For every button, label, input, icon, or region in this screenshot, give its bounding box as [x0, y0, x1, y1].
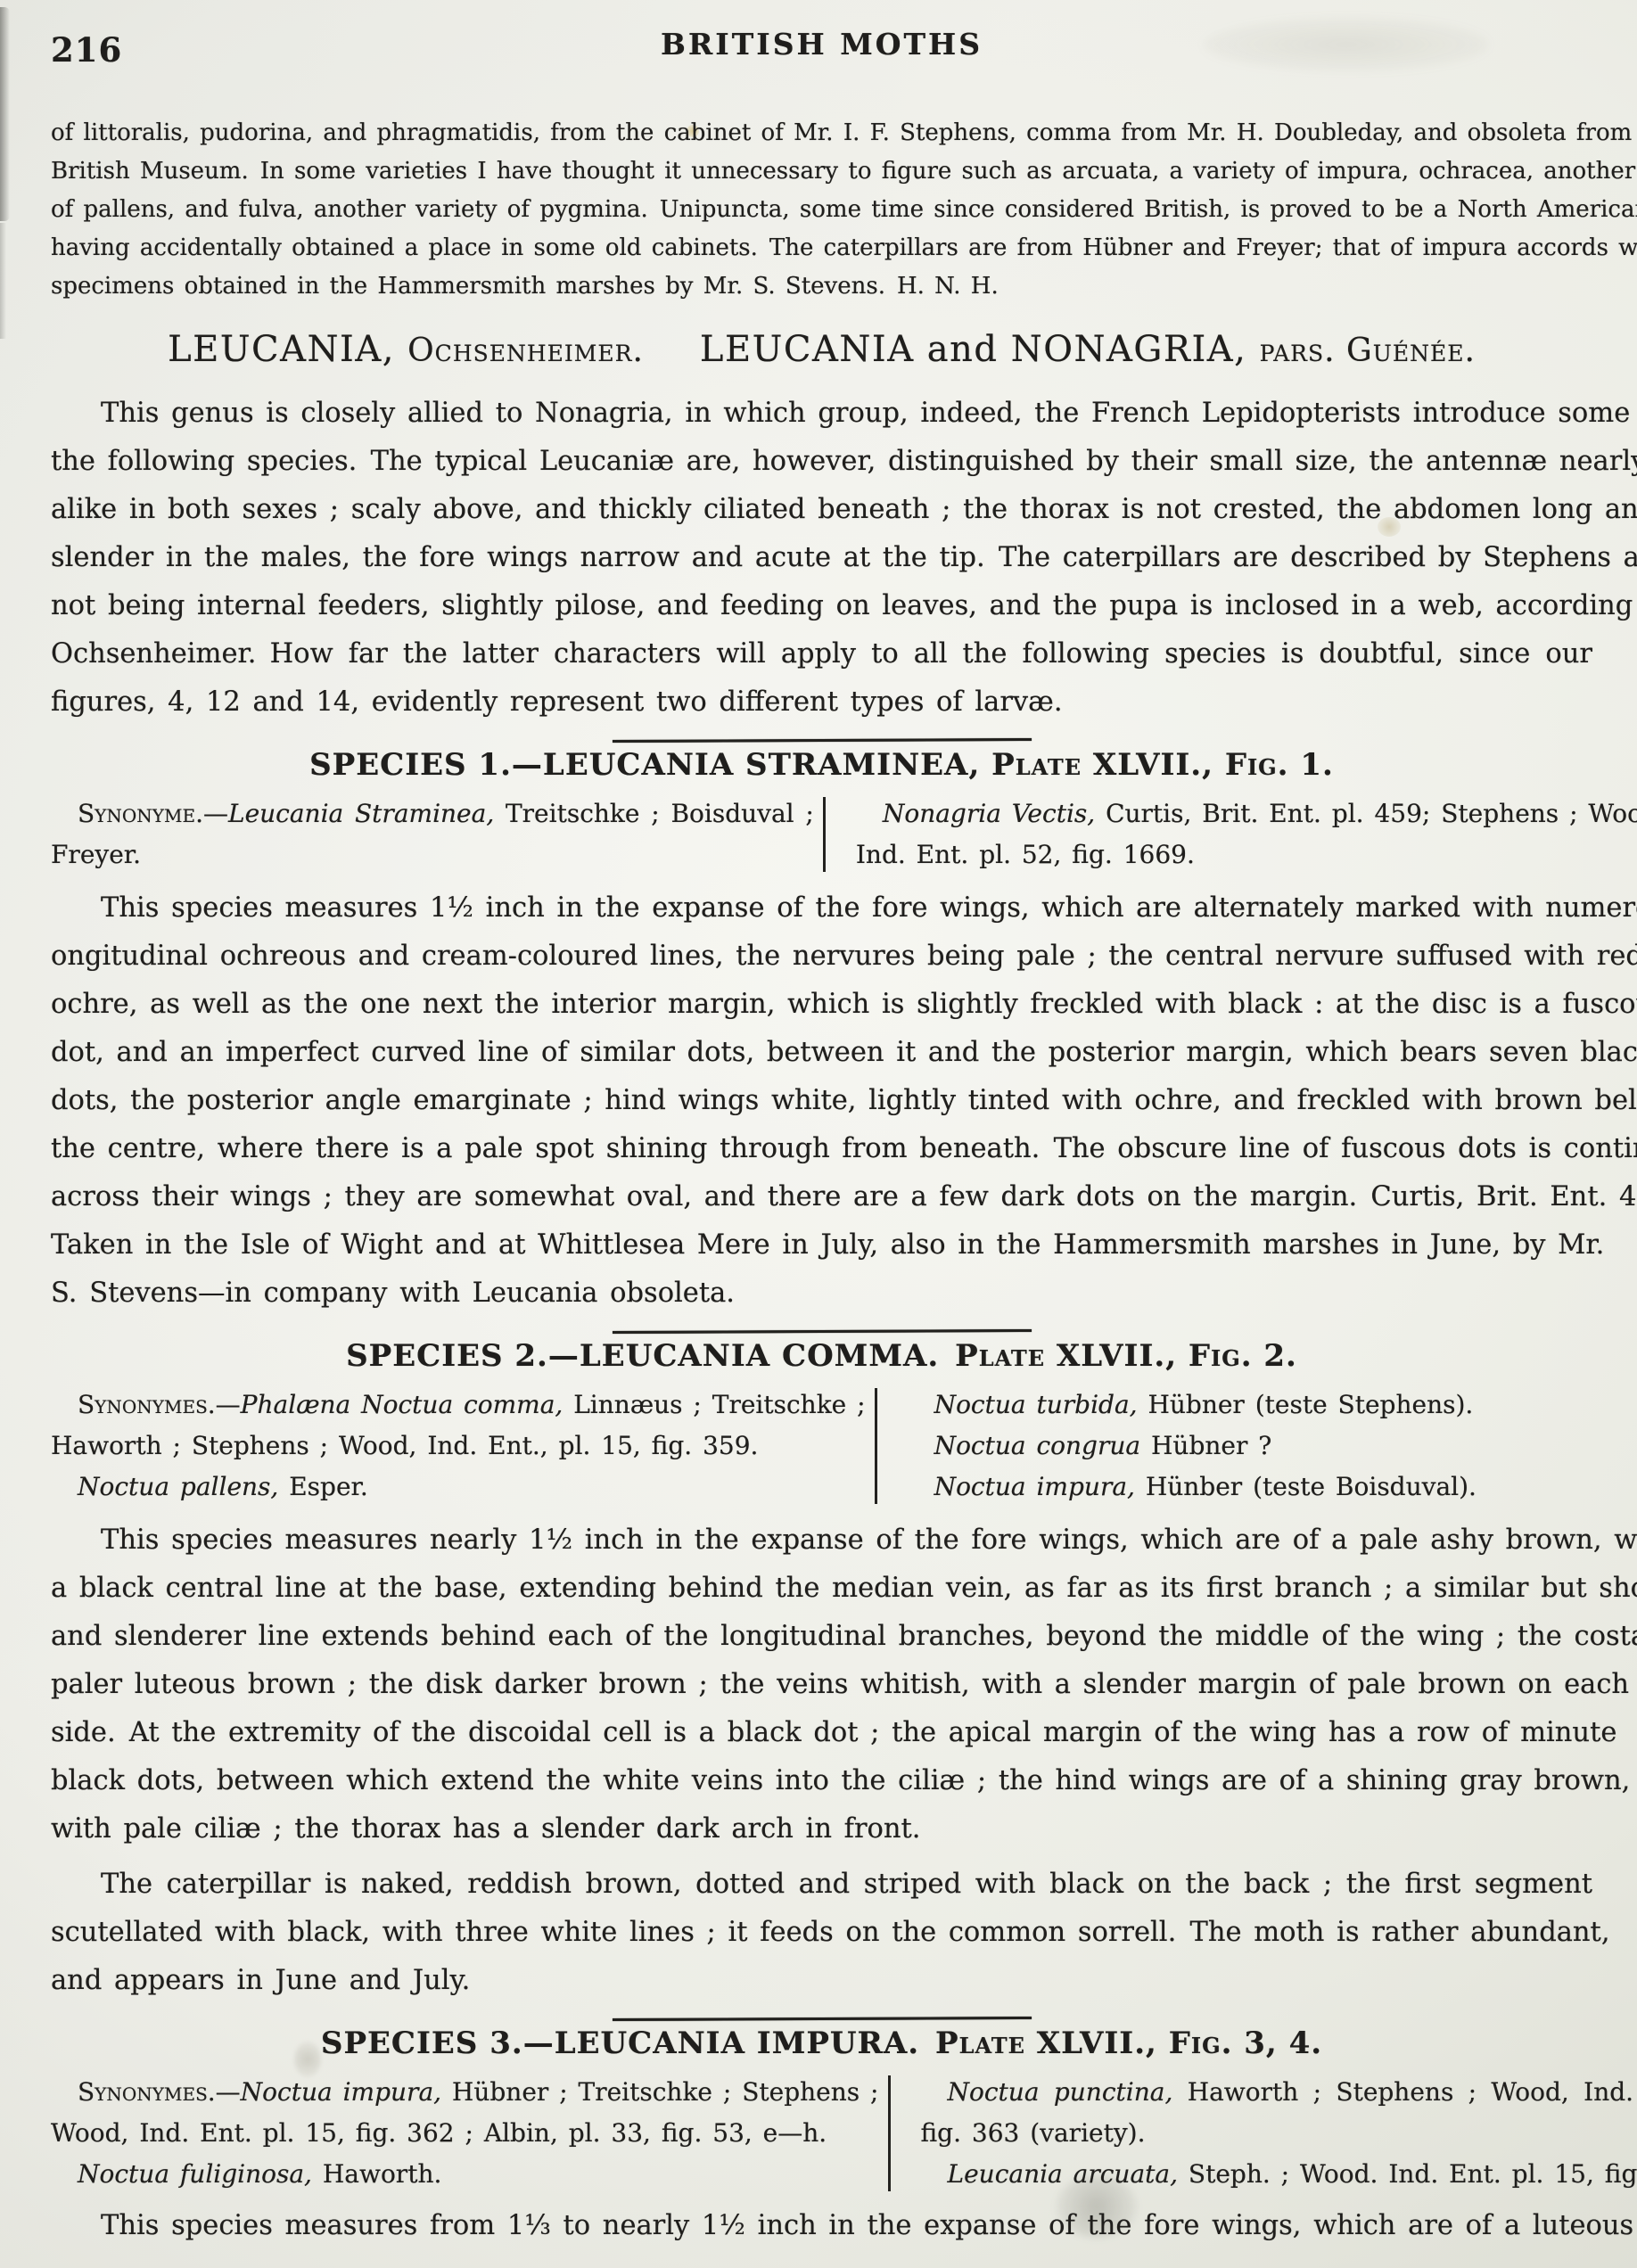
- text-line: scutellated with black, with three white…: [51, 1909, 1592, 1957]
- genus-paragraph: This genus is closely allied to Nonagria…: [51, 390, 1592, 727]
- text-line: Noctua turbida, Hübner (teste Stephens).: [908, 1385, 1592, 1426]
- page-header: 216 BRITISH MOTHS: [51, 25, 1592, 66]
- text-line: a black central line at the base, extend…: [51, 1565, 1592, 1613]
- text-line: Ochsenheimer. How far the latter charact…: [51, 630, 1592, 678]
- text-line: the centre, where there is a pale spot s…: [51, 1125, 1592, 1173]
- text-line: This genus is closely allied to Nonagria…: [51, 390, 1592, 438]
- text-line: side. At the extremity of the discoidal …: [51, 1709, 1592, 1757]
- text-line: fig. 363 (variety).: [921, 2113, 1637, 2154]
- section-rule: [612, 738, 1031, 743]
- species-3-paragraph: This species measures from 1⅓ to nearly …: [51, 2202, 1592, 2250]
- text-line: dot, and an imperfect curved line of sim…: [51, 1029, 1592, 1077]
- text-line: Noctua fuliginosa, Haworth.: [51, 2154, 879, 2195]
- section-rule: [612, 2017, 1031, 2021]
- text-line: British Museum. In some varieties I have…: [51, 152, 1592, 191]
- species-1-synonyms-right: Nonagria Vectis, Curtis, Brit. Ent. pl. …: [826, 793, 1637, 875]
- text-line: of littoralis, pudorina, and phragmatidi…: [51, 114, 1592, 152]
- species-1-synonyms-left: Synonyme.—Leucania Straminea, Treitschke…: [51, 793, 814, 875]
- text-line: Synonymes.—Noctua impura, Hübner ; Treit…: [51, 2072, 879, 2113]
- text-line: specimens obtained in the Hammersmith ma…: [51, 267, 1592, 306]
- text-line: Noctua pallens, Esper.: [51, 1467, 866, 1508]
- text-line: not being internal feeders, slightly pil…: [51, 582, 1592, 630]
- species-2-heading: SPECIES 2.—LEUCANIA COMMA. Plate XLVII.,…: [51, 1338, 1592, 1374]
- text-line: Noctua congrua Hübner ?: [908, 1426, 1592, 1467]
- section-rule: [612, 1329, 1031, 1334]
- page-content: 216 BRITISH MOTHS of littoralis, pudorin…: [51, 25, 1592, 2250]
- species-3-synonyms-left: Synonymes.—Noctua impura, Hübner ; Treit…: [51, 2072, 879, 2195]
- intro-paragraph: of littoralis, pudorina, and phragmatidi…: [51, 114, 1592, 306]
- text-line: alike in both sexes ; scaly above, and t…: [51, 486, 1592, 534]
- text-line: black dots, between which extend the whi…: [51, 1757, 1592, 1805]
- text-line: ongitudinal ochreous and cream-coloured …: [51, 933, 1592, 981]
- text-line: SPECIES 2.—LEUCANIA COMMA. Plate XLVII.,…: [51, 1338, 1592, 1374]
- scan-edge-shadow: [0, 223, 6, 339]
- text-line: the following species. The typical Leuca…: [51, 438, 1592, 486]
- text-line: and slenderer line extends behind each o…: [51, 1613, 1592, 1661]
- text-line: with pale ciliæ ; the thorax has a slend…: [51, 1805, 1592, 1853]
- text-line: Haworth ; Stephens ; Wood, Ind. Ent., pl…: [51, 1426, 866, 1467]
- species-1-heading: SPECIES 1.—LEUCANIA STRAMINEA, Plate XLV…: [51, 747, 1592, 783]
- text-line: Noctua punctina, Haworth ; Stephens ; Wo…: [921, 2072, 1637, 2113]
- text-line: and appears in June and July.: [51, 1957, 1592, 2005]
- text-line: across their wings ; they are somewhat o…: [51, 1173, 1592, 1221]
- running-title: BRITISH MOTHS: [51, 27, 1592, 62]
- text-line: Taken in the Isle of Wight and at Whittl…: [51, 1221, 1592, 1270]
- species-2-synonyms-right: Noctua turbida, Hübner (teste Stephens).…: [877, 1385, 1592, 1508]
- text-line: Freyer.: [51, 834, 814, 875]
- text-line: This species measures 1½ inch in the exp…: [51, 884, 1592, 933]
- species-2-synonyms: Synonymes.—Phalæna Noctua comma, Linnæus…: [51, 1385, 1592, 1508]
- text-line: dots, the posterior angle emarginate ; h…: [51, 1077, 1592, 1125]
- text-line: SPECIES 3.—LEUCANIA IMPURA. Plate XLVII.…: [51, 2026, 1592, 2061]
- species-3-synonyms-right: Noctua punctina, Haworth ; Stephens ; Wo…: [891, 2072, 1637, 2195]
- text-line: The caterpillar is naked, reddish brown,…: [51, 1861, 1592, 1909]
- species-3-heading: SPECIES 3.—LEUCANIA IMPURA. Plate XLVII.…: [51, 2026, 1592, 2061]
- text-line: paler luteous brown ; the disk darker br…: [51, 1661, 1592, 1709]
- text-line: This species measures nearly 1½ inch in …: [51, 1516, 1592, 1565]
- text-line: of pallens, and fulva, another variety o…: [51, 191, 1592, 229]
- text-line: Leucania arcuata, Steph. ; Wood. Ind. En…: [921, 2154, 1637, 2195]
- species-2-synonyms-left: Synonymes.—Phalæna Noctua comma, Linnæus…: [51, 1385, 866, 1508]
- text-line: Ind. Ent. pl. 52, fig. 1669.: [856, 834, 1637, 875]
- text-line: S. Stevens—in company with Leucania obso…: [51, 1270, 1592, 1318]
- species-1-paragraph: This species measures 1½ inch in the exp…: [51, 884, 1592, 1318]
- text-line: Synonyme.—Leucania Straminea, Treitschke…: [51, 793, 814, 834]
- text-line: having accidentally obtained a place in …: [51, 229, 1592, 267]
- species-2-paragraph: This species measures nearly 1½ inch in …: [51, 1516, 1592, 1853]
- species-3-synonyms: Synonymes.—Noctua impura, Hübner ; Treit…: [51, 2072, 1592, 2195]
- text-line: Nonagria Vectis, Curtis, Brit. Ent. pl. …: [856, 793, 1637, 834]
- species-1-synonyms: Synonyme.—Leucania Straminea, Treitschke…: [51, 793, 1592, 875]
- text-line: LEUCANIA, Ochsenheimer. LEUCANIA and NON…: [51, 327, 1592, 374]
- scanned-book-page: 216 BRITISH MOTHS of littoralis, pudorin…: [0, 0, 1637, 2268]
- text-line: SPECIES 1.—LEUCANIA STRAMINEA, Plate XLV…: [51, 747, 1592, 783]
- text-line: Synonymes.—Phalæna Noctua comma, Linnæus…: [51, 1385, 866, 1426]
- text-line: ochre, as well as the one next the inter…: [51, 981, 1592, 1029]
- text-line: slender in the males, the fore wings nar…: [51, 534, 1592, 582]
- text-line: figures, 4, 12 and 14, evidently represe…: [51, 678, 1592, 727]
- species-2-caterpillar-paragraph: The caterpillar is naked, reddish brown,…: [51, 1861, 1592, 2005]
- genus-heading: LEUCANIA, Ochsenheimer. LEUCANIA and NON…: [51, 327, 1592, 372]
- text-line: This species measures from 1⅓ to nearly …: [51, 2202, 1592, 2250]
- scan-edge-shadow: [0, 7, 10, 221]
- text-line: Wood, Ind. Ent. pl. 15, fig. 362 ; Albin…: [51, 2113, 879, 2154]
- text-line: Noctua impura, Hünber (teste Boisduval).: [908, 1467, 1592, 1508]
